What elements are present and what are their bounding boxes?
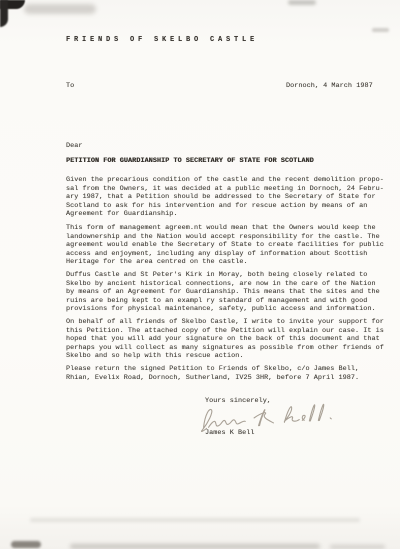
scan-artifact-top-smudge bbox=[24, 4, 96, 14]
scan-artifact-bottom-smear-right bbox=[330, 545, 385, 549]
paragraph-3: Duffus Castle and St Peter's Kirk in Mor… bbox=[66, 271, 391, 314]
salutation: Dear bbox=[66, 142, 83, 151]
scan-artifact-bottom-smear bbox=[70, 544, 320, 549]
scan-artifact-corner-top-left bbox=[0, 0, 25, 9]
scanned-letter-page: FRIENDS OF SKELBO CASTLE To Dornoch, 4 M… bbox=[0, 0, 400, 549]
scan-artifact-top-right-smudge bbox=[288, 0, 316, 5]
subject-line: PETITION FOR GUARDIANSHIP TO SECRETARY O… bbox=[66, 157, 314, 166]
scan-artifact-bottom-left-blob bbox=[11, 541, 41, 548]
paragraph-2: This form of management agreem.nt would … bbox=[66, 224, 391, 267]
letterhead-title: FRIENDS OF SKELBO CASTLE bbox=[66, 36, 258, 45]
scan-artifact-right-dots bbox=[372, 28, 389, 32]
scan-artifact-bottom-streak bbox=[30, 518, 360, 522]
scan-artifact-corner-left-edge bbox=[0, 0, 8, 27]
to-label: To bbox=[66, 82, 74, 91]
dateline: Dornoch, 4 March 1987 bbox=[286, 82, 373, 91]
typed-signature-name: James K Bell bbox=[205, 429, 255, 438]
paragraph-5: Please return the signed Petition to Fri… bbox=[66, 365, 391, 382]
paragraph-4: On behalf of all friends of Skelbo Castl… bbox=[66, 318, 391, 361]
paragraph-1: Given the precarious condition of the ca… bbox=[66, 176, 391, 219]
